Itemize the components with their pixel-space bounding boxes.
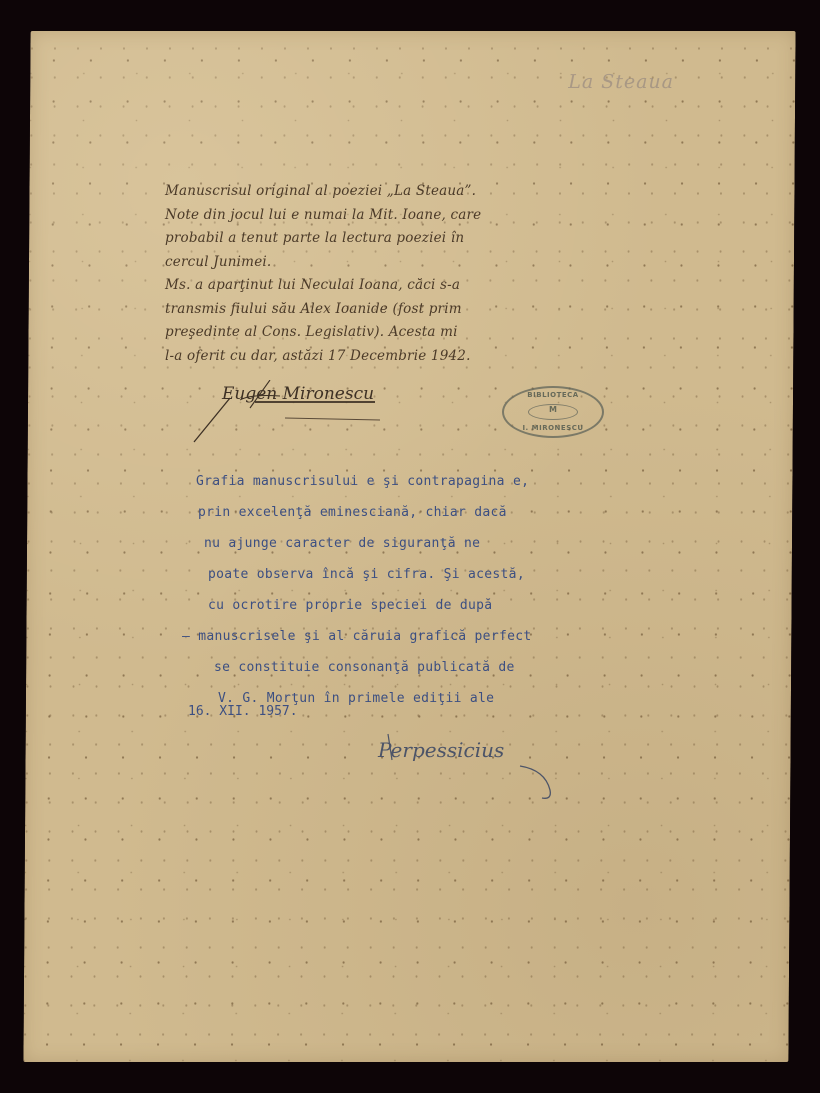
- note-line: poate observa încă şi cifra. Şi acestă,: [196, 559, 576, 590]
- note-line: Grafia manuscrisului e şi contrapagina e…: [196, 466, 576, 497]
- note-line: cu ocrotire proprie speciei de după: [196, 590, 576, 621]
- library-stamp: BIBLIOTECA M I. MIRONESCU: [502, 386, 604, 438]
- note-line: preşedinte al Cons. Legislativ). Acesta …: [165, 321, 585, 345]
- archive-pencil-mark: La Steaua: [568, 71, 674, 93]
- note-line: se constituie consonanţă publicată de: [196, 652, 576, 683]
- note-line: cercul Junimei.: [165, 251, 585, 275]
- note-line: Manuscrisul original al poeziei „La Stea…: [165, 180, 585, 204]
- signature-text: Perpessicius: [378, 738, 504, 762]
- signature-perpessicius: Perpessicius: [370, 730, 560, 805]
- stamp-top-text: BIBLIOTECA: [504, 391, 602, 399]
- note-line: Ms. a aparţinut lui Neculai Ioana, căci …: [165, 274, 585, 298]
- signature-mironescu: Eugen Mironescu: [190, 380, 390, 450]
- scanned-page: La Steaua Manuscrisul original al poezie…: [0, 0, 820, 1093]
- blue-ink-note: Grafia manuscrisului e şi contrapagina e…: [196, 466, 576, 714]
- note-line: nu ajunge caracter de siguranţă ne: [196, 528, 576, 559]
- note-line: Note din jocul lui e numai la Mit. Ioane…: [165, 204, 585, 228]
- stamp-middle-text: M: [504, 405, 602, 414]
- note-date: 16. XII. 1957.: [188, 704, 298, 719]
- brown-ink-note: Manuscrisul original al poeziei „La Stea…: [165, 180, 585, 368]
- note-line: transmis fiului său Alex Ioanide (fost p…: [165, 298, 585, 322]
- stamp-bottom-text: I. MIRONESCU: [504, 424, 602, 432]
- note-line: l-a oferit cu dar, astăzi 17 Decembrie 1…: [165, 345, 585, 369]
- note-line: probabil a tenut parte la lectura poezie…: [165, 227, 585, 251]
- note-line: – manuscrisele şi al căruia grafică perf…: [182, 621, 576, 652]
- signature-text: Eugen Mironescu: [222, 384, 374, 404]
- note-line: prin excelenţă eminesciană, chiar dacă: [196, 497, 576, 528]
